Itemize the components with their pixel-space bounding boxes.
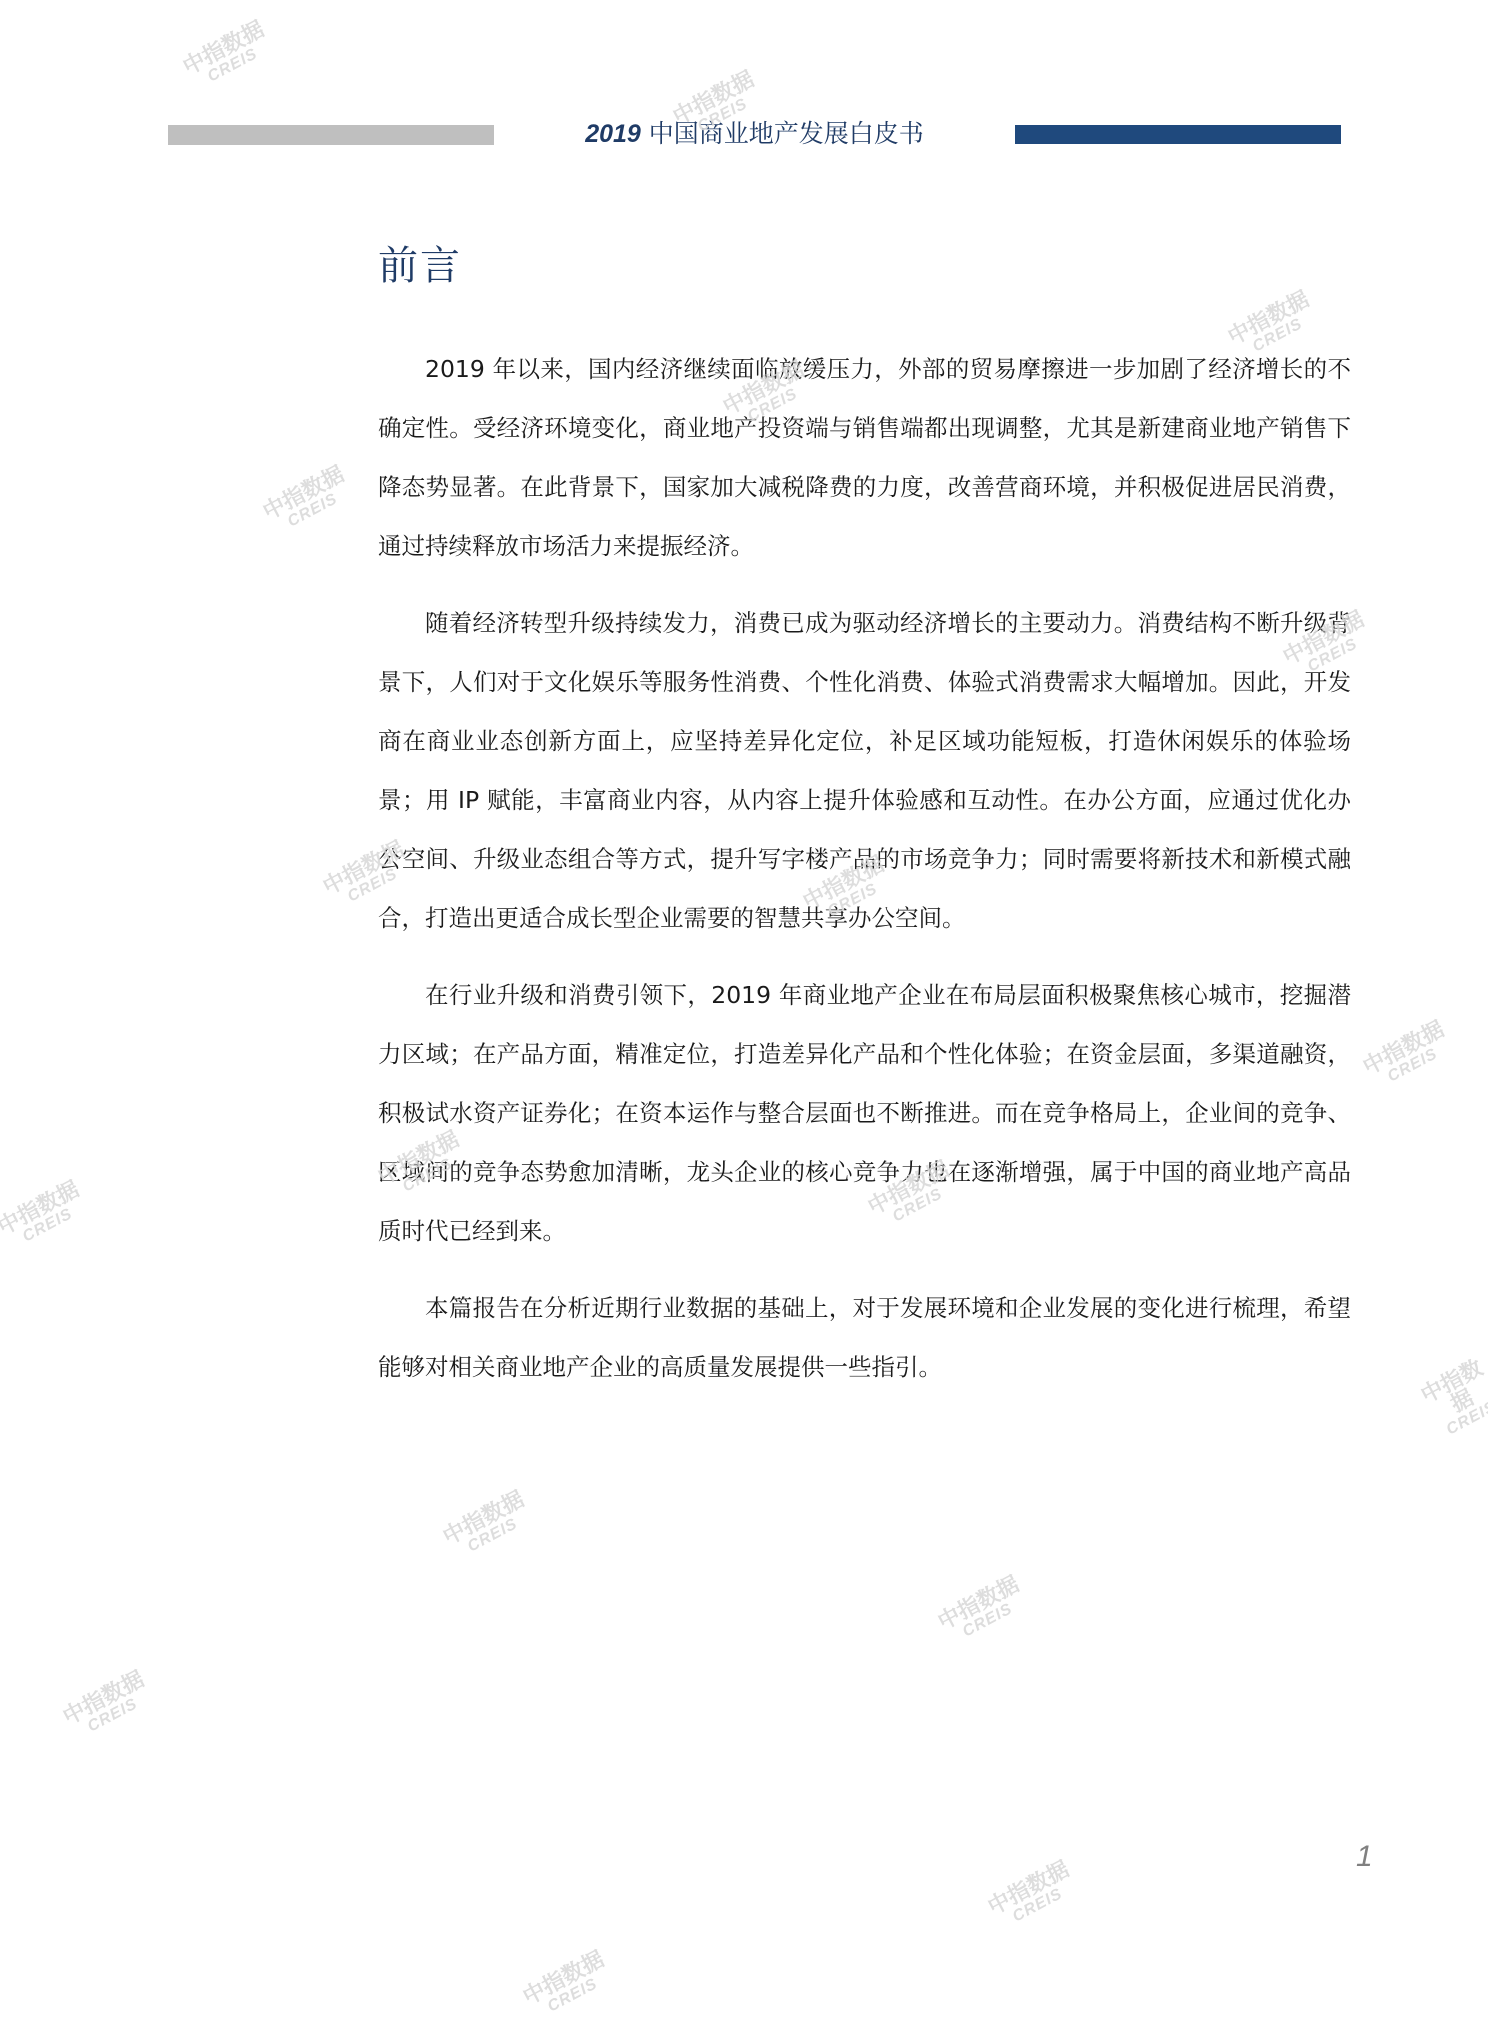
watermark: 中指数据CREIS xyxy=(260,464,356,539)
header-title: 2019 中国商业地产发展白皮书 xyxy=(494,114,1015,154)
paragraph: 在行业升级和消费引领下，2019 年商业地产企业在布局层面积极聚焦核心城市，挖掘… xyxy=(378,966,1351,1261)
header-bar-gray xyxy=(168,125,494,145)
watermark: 中指数据CREIS xyxy=(1360,1019,1456,1094)
header-title-text: 中国商业地产发展白皮书 xyxy=(641,119,924,148)
header-year: 2019 xyxy=(585,120,641,148)
paragraph: 本篇报告在分析近期行业数据的基础上，对于发展环境和企业发展的变化进行梳理，希望能… xyxy=(378,1279,1351,1397)
watermark: 中指数据CREIS xyxy=(1415,1356,1488,1443)
header-bar-blue xyxy=(1015,125,1341,144)
paragraph: 随着经济转型升级持续发力，消费已成为驱动经济增长的主要动力。消费结构不断升级背景… xyxy=(378,594,1351,948)
body-text: 2019 年以来，国内经济继续面临放缓压力，外部的贸易摩擦进一步加剧了经济增长的… xyxy=(378,340,1351,1415)
watermark: 中指数据CREIS xyxy=(60,1669,156,1744)
watermark: 中指数据CREIS xyxy=(0,1179,91,1254)
watermark: 中指数据CREIS xyxy=(985,1859,1081,1934)
watermark: 中指数据CREIS xyxy=(180,19,276,94)
page-number: 1 xyxy=(1356,1840,1373,1874)
watermark: 中指数据CREIS xyxy=(440,1489,536,1564)
watermark: 中指数据CREIS xyxy=(935,1574,1031,1649)
page-title: 前言 xyxy=(378,238,462,294)
watermark: 中指数据CREIS xyxy=(520,1949,616,2019)
paragraph: 2019 年以来，国内经济继续面临放缓压力，外部的贸易摩擦进一步加剧了经济增长的… xyxy=(378,340,1351,576)
